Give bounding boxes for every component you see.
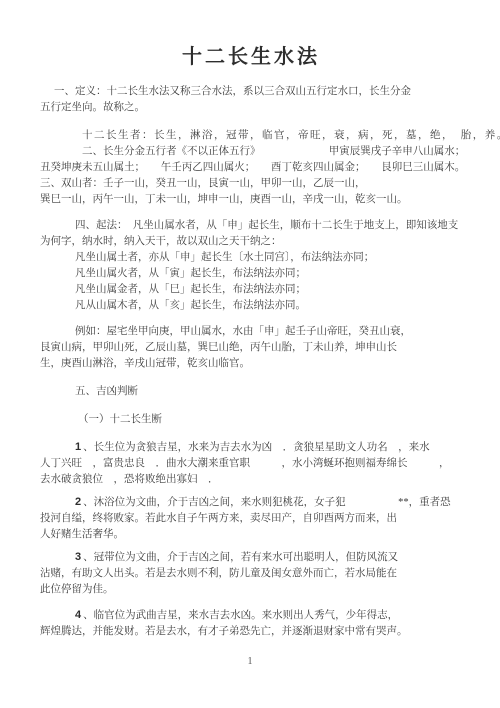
text-line: 三、双山者：壬子一山，癸丑一山，艮寅一山，甲卯一山，乙辰一山， bbox=[40, 176, 462, 192]
text-line: 投河自缢，终将败家。若此水自子午两方来，卖尽田产，自卯酉两方而来，出 bbox=[40, 511, 462, 527]
text-line: 二、长生分金五行者《不以正体五行》 甲寅辰巽戌子辛申八山属水； bbox=[40, 144, 462, 160]
item-linguan: 4、临官位为武曲吉星，来水吉去水凶。来水则出人秀气，少年得志， 辉煌腾达，并能发… bbox=[40, 607, 462, 640]
heading-line: 五、吉凶判断 bbox=[40, 384, 462, 400]
item-number: 3 bbox=[75, 551, 83, 563]
text-line: 四、起法： 凡坐山属水者，从「申」起长生，顺布十二长生于地支上，即知该地支 bbox=[40, 218, 462, 234]
text-line: 此位停留为佳。 bbox=[40, 582, 462, 598]
item-guandai: 3、冠带位为文曲，介于吉凶之间，若有来水可出聪明人，但防风流又 沾赌，有助文人出… bbox=[40, 549, 462, 598]
document-page: 十二长生水法 一、定义：十二长生水法又称三合水法，系以三合双山五行定水口，长生分… bbox=[0, 0, 500, 708]
item-muyu: 2、沐浴位为文曲，介于吉凶之间，来水则犯桃花，女子犯 **，重者恐 投河自缢，终… bbox=[40, 494, 462, 543]
text-line: 4、临官位为武曲吉星，来水吉去水凶。来水则出人秀气，少年得志， bbox=[40, 607, 462, 624]
text-line: 凡坐山属火者，从「寅」起长生，布法纳法亦同； bbox=[40, 266, 462, 282]
text-line: 生，庚酉山淋浴，辛戌山冠带，乾亥山临官。 bbox=[40, 356, 462, 372]
text-line: 凡从山属木者，从「亥」起长生，布法纳法亦同。 bbox=[40, 298, 462, 314]
item-number: 1 bbox=[75, 441, 83, 453]
item-number: 4 bbox=[75, 609, 83, 621]
text-line: 一、定义：十二长生水法又称三合水法，系以三合双山五行定水口，长生分金 bbox=[40, 84, 462, 100]
text-line: 艮寅山病，甲卯山死，乙辰山墓，巽巳山绝，丙午山胎，丁未山养，坤申山长 bbox=[40, 340, 462, 356]
item-lead-text: 、临官位为武曲吉星，来水吉去水凶。来水则出人秀气，少年得志， bbox=[83, 610, 398, 621]
text-line: 五行定坐向。故称之。 bbox=[40, 100, 462, 116]
item-lead-text: 、冠带位为文曲，介于吉凶之间，若有来水可出聪明人，但防风流又 bbox=[83, 552, 398, 563]
section-heading-judgment: 五、吉凶判断 bbox=[40, 384, 462, 400]
heading-line: （一）十二长生断 bbox=[40, 412, 462, 428]
text-line: 凡坐山属金者，从「巳」起长生，布法纳法亦同； bbox=[40, 282, 462, 298]
text-line: 辉煌腾达，并能发财。若是去水，有才子弟恐先亡，并逐渐退财家中常有哭声。 bbox=[40, 624, 462, 640]
text-line: 为何字，纳水时，纳入天干，故以双山之天干纳之： bbox=[40, 234, 462, 250]
text-line: 凡坐山属土者，亦从「申」起长生〔水土同宫〕，布法纳法亦同； bbox=[40, 250, 462, 266]
paragraph-example: 例如：屋宅坐甲向庚，甲山属水，水由「申」起壬子山帝旺，癸丑山衰， 艮寅山病，甲卯… bbox=[40, 324, 462, 372]
text-line: 2、沐浴位为文曲，介于吉凶之间，来水则犯桃花，女子犯 **，重者恐 bbox=[40, 494, 462, 511]
paragraph-starting-method: 四、起法： 凡坐山属水者，从「申」起长生，顺布十二长生于地支上，即知该地支 为何… bbox=[40, 218, 462, 314]
text-line: 巽巳一山，丙午一山，丁未一山，坤申一山，庚酉一山，辛戌一山，乾亥一山。 bbox=[40, 192, 462, 208]
text-line: 沾赌，有助文人出头。若是去水则不利，防儿童及闺女意外而亡，若水局能在 bbox=[40, 566, 462, 582]
page-title: 十二长生水法 bbox=[40, 44, 462, 70]
text-line: 人好赌生活奢华。 bbox=[40, 527, 462, 543]
paragraph-definition: 一、定义：十二长生水法又称三合水法，系以三合双山五行定水口，长生分金 五行定坐向… bbox=[40, 84, 462, 116]
item-lead-text: 、沐浴位为文曲，介于吉凶之间，来水则犯桃花，女子犯 **，重者恐 bbox=[83, 497, 451, 508]
text-line: 丑癸坤庚未五山属土； 午壬丙乙四山属火； 酉丁乾亥四山属金； 艮卯巳三山属木。 bbox=[40, 160, 462, 176]
text-line: 例如：屋宅坐甲向庚，甲山属水，水由「申」起壬子山帝旺，癸丑山衰， bbox=[40, 324, 462, 340]
item-changsheng: 1、长生位为贪狼吉星，水来为吉去水为凶 ．贪狼星星助文人功名 ，来水 人丁兴旺 … bbox=[40, 439, 462, 488]
page-number: 1 bbox=[0, 656, 500, 667]
text-line: 人丁兴旺 ，富贵忠良 ．曲水大潮来重官职 ，水小湾蜒环抱则福寿绵长 ， bbox=[40, 456, 462, 472]
text-line: 十二长生者：长生，淋浴，冠带，临官，帝旺，衰，病，死，墓，绝， 胎，养。 bbox=[40, 128, 462, 144]
subsection-heading-twelve-stage-judgment: （一）十二长生断 bbox=[40, 412, 462, 428]
item-number: 2 bbox=[75, 496, 83, 508]
text-line: 去水破贪狼位 ，恐将败绝出寡妇 ． bbox=[40, 472, 462, 488]
item-lead-text: 、长生位为贪狼吉星，水来为吉去水为凶 ．贪狼星星助文人功名 ，来水 bbox=[83, 442, 430, 453]
paragraph-twelve-stages: 十二长生者：长生，淋浴，冠带，临官，帝旺，衰，病，死，墓，绝， 胎，养。 二、长… bbox=[40, 128, 462, 208]
text-line: 3、冠带位为文曲，介于吉凶之间，若有来水可出聪明人，但防风流又 bbox=[40, 549, 462, 566]
text-line: 1、长生位为贪狼吉星，水来为吉去水为凶 ．贪狼星星助文人功名 ，来水 bbox=[40, 439, 462, 456]
